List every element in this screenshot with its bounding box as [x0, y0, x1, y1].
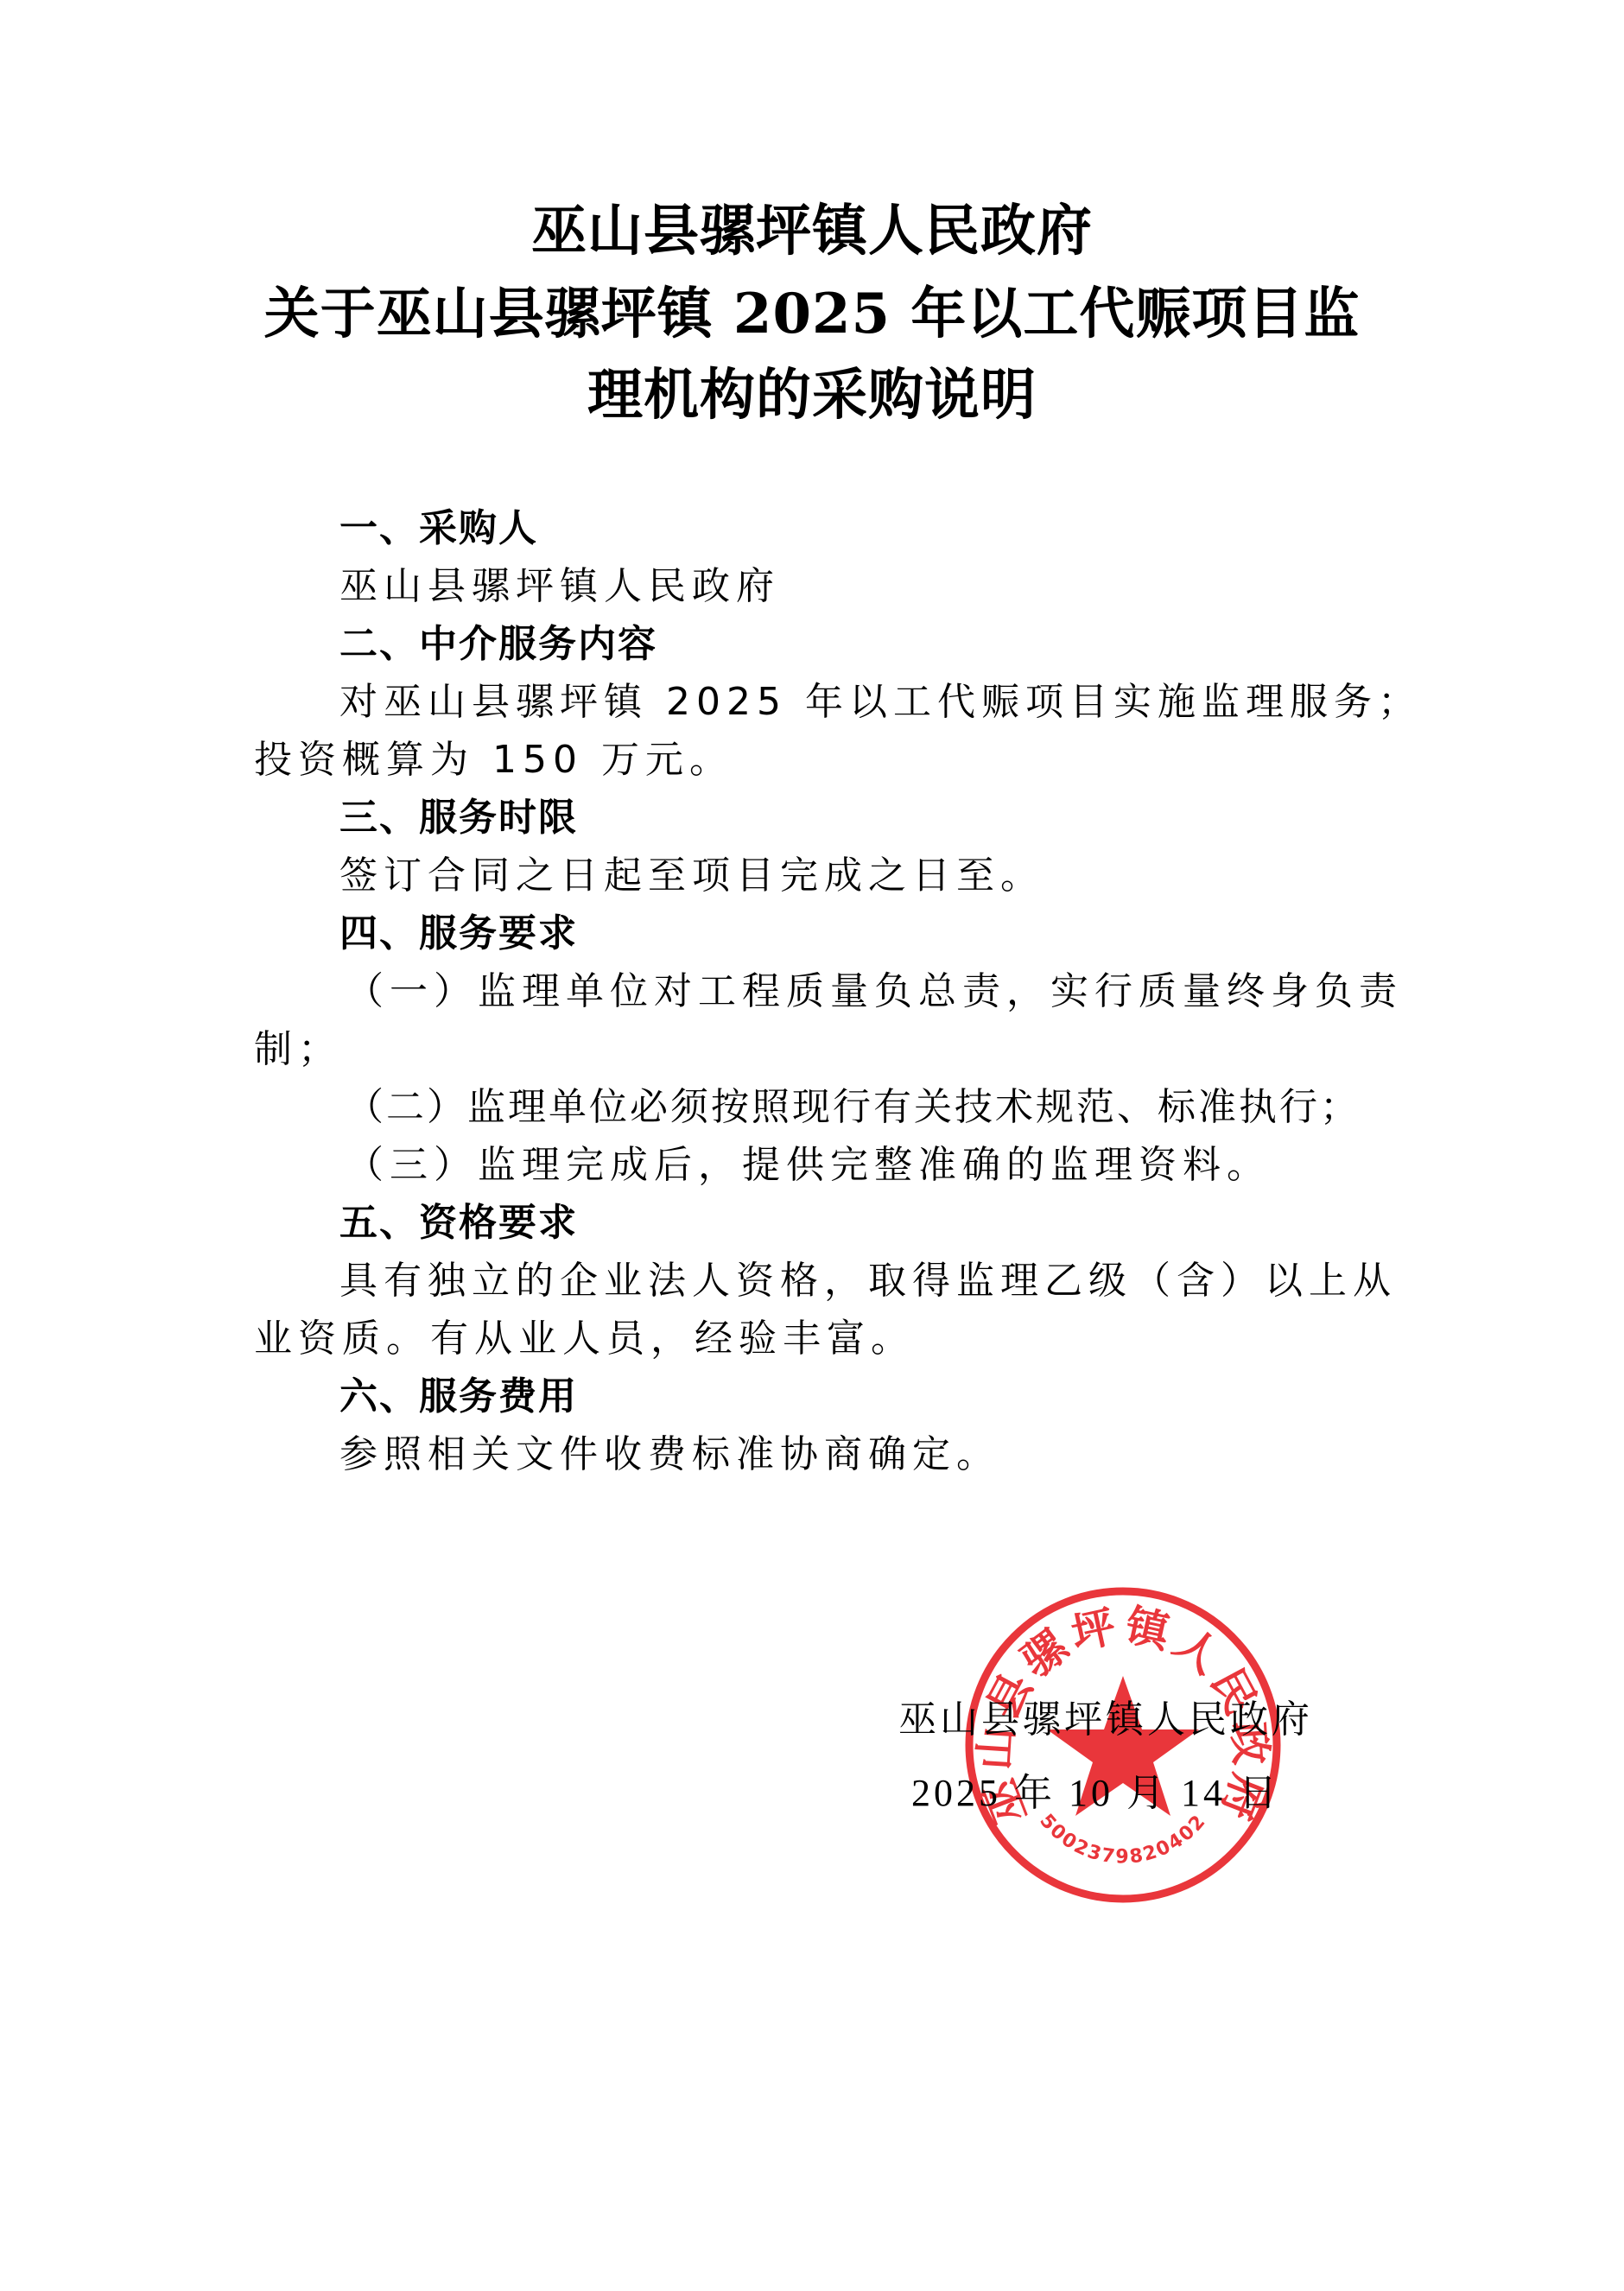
qualifications-line-1: 具有独立的企业法人资格，取得监理乙级（含）以上从: [339, 1257, 1397, 1305]
signature-date: 2025 年 10 月 14 日: [911, 1769, 1280, 1818]
service-period-text: 签订合同之日起至项目完成之日至。: [339, 852, 1044, 900]
purchaser-text: 巫山县骡坪镇人民政府: [339, 562, 780, 611]
requirement-1-line-1: （一）监理单位对工程质量负总责，实行质量终身负责: [346, 968, 1403, 1016]
section-heading-service-fees: 六、服务费用: [339, 1373, 578, 1421]
requirement-1-line-2: 制；: [254, 1025, 342, 1074]
title-line-2: 关于巫山县骡坪镇 2025 年以工代赈项目监: [0, 280, 1624, 349]
qualifications-line-2: 业资质。有从业人员，经验丰富。: [254, 1315, 915, 1363]
requirement-3: （三）监理完成后，提供完整准确的监理资料。: [346, 1141, 1271, 1190]
section-heading-service-period: 三、服务时限: [339, 794, 578, 842]
title-line-3: 理机构的采购说明: [0, 361, 1624, 430]
svg-text:5002379820402: 5002379820402: [1035, 1810, 1210, 1868]
official-seal-icon: 巫山县骡坪镇人民政府 5002379820402: [959, 1581, 1287, 1909]
signature-organization: 巫山县骡坪镇人民政府: [898, 1696, 1313, 1744]
title-line-1: 巫山县骡坪镇人民政府: [0, 197, 1624, 266]
service-content-line-2: 投资概算为 150 万元。: [254, 736, 733, 784]
service-content-line-1: 对巫山县骡坪镇 2025 年以工代赈项目实施监理服务；: [339, 678, 1422, 727]
section-heading-qualifications: 五、资格要求: [339, 1199, 578, 1247]
section-heading-service-requirements: 四、服务要求: [339, 910, 578, 958]
service-fees-text: 参照相关文件收费标准协商确定。: [339, 1431, 1000, 1479]
document-page: 巫山县骡坪镇人民政府 关于巫山县骡坪镇 2025 年以工代赈项目监 理机构的采购…: [0, 0, 1624, 2291]
requirement-2: （二）监理单位必须按照现行有关技术规范、标准执行；: [346, 1083, 1361, 1132]
section-heading-service-content: 二、中介服务内容: [339, 620, 657, 669]
section-heading-purchaser: 一、采购人: [339, 505, 538, 553]
seal-code: 5002379820402: [1035, 1810, 1210, 1868]
